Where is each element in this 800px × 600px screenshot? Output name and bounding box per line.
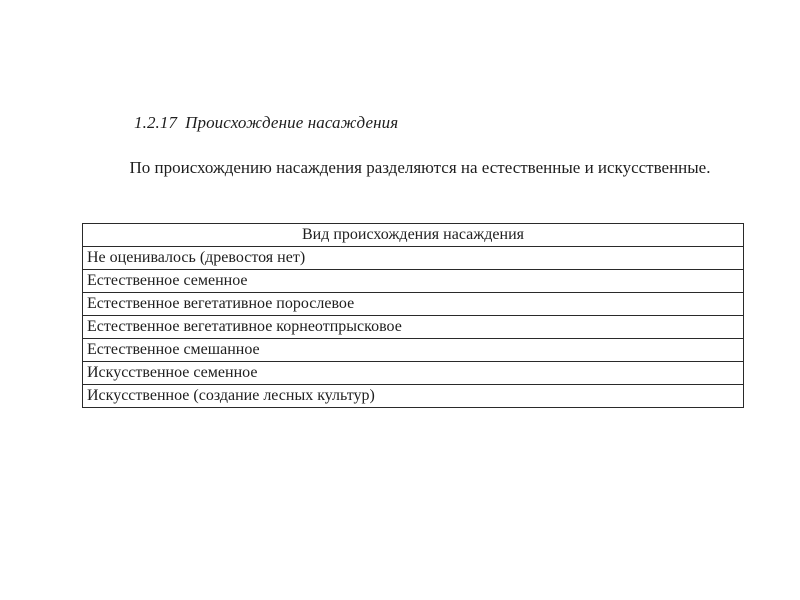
table-cell: Естественное вегетативное корнеотпрысков… [83, 316, 744, 339]
table-row: Естественное семенное [83, 270, 744, 293]
table-cell: Искусственное (создание лесных культур) [83, 385, 744, 408]
section-number: 1.2.17 [134, 113, 177, 132]
document-page: 1.2.17Происхождение насаждения По происх… [0, 0, 800, 600]
section-heading: 1.2.17Происхождение насаждения [134, 113, 398, 133]
table-header-row: Вид происхождения насаждения [83, 224, 744, 247]
table-cell: Естественное семенное [83, 270, 744, 293]
intro-paragraph: По происхождению насаждения разделяются … [120, 156, 720, 179]
table-cell: Искусственное семенное [83, 362, 744, 385]
section-title: Происхождение насаждения [185, 113, 398, 132]
table-cell: Не оценивалось (древостоя нет) [83, 247, 744, 270]
table-header-cell: Вид происхождения насаждения [83, 224, 744, 247]
table-cell: Естественное смешанное [83, 339, 744, 362]
origin-types-table: Вид происхождения насаждения Не оценивал… [82, 223, 744, 408]
table-row: Искусственное семенное [83, 362, 744, 385]
table-row: Не оценивалось (древостоя нет) [83, 247, 744, 270]
table-row: Естественное смешанное [83, 339, 744, 362]
table-row: Естественное вегетативное порослевое [83, 293, 744, 316]
table-cell: Естественное вегетативное порослевое [83, 293, 744, 316]
table-row: Искусственное (создание лесных культур) [83, 385, 744, 408]
table-row: Естественное вегетативное корнеотпрысков… [83, 316, 744, 339]
